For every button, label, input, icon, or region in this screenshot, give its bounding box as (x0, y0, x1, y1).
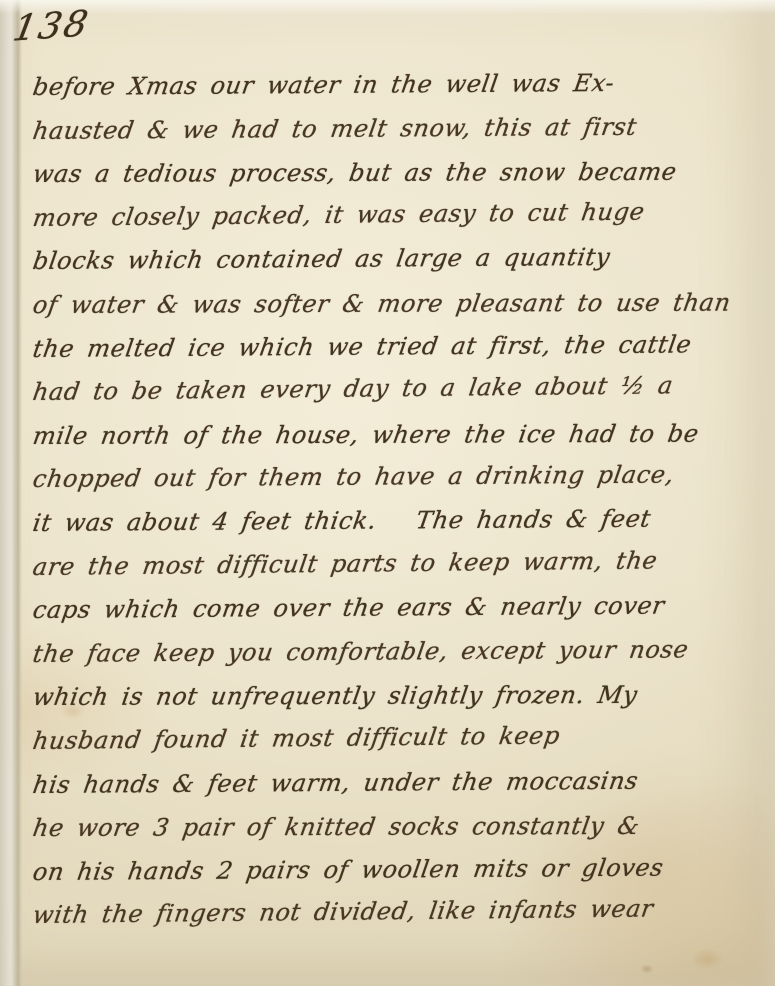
manuscript-line: chopped out for them to have a drinking … (30, 453, 773, 502)
manuscript-line: caps which come over the ears & nearly c… (30, 584, 773, 633)
manuscript-line: mile north of the house, where the ice h… (30, 412, 773, 458)
manuscript-line: are the most difficult parts to keep war… (30, 538, 774, 589)
manuscript-photo: 138 before Xmas our water in the well wa… (0, 0, 775, 986)
manuscript-line: husband found it most difficult to keep (30, 712, 774, 763)
manuscript-line: he wore 3 pair of knitted socks constant… (30, 805, 773, 851)
manuscript-line: had to be taken every day to a lake abou… (30, 363, 774, 414)
page-top-edge (0, 0, 775, 14)
manuscript-line: blocks which contained as large a quanti… (30, 235, 773, 284)
manuscript-line: it was about 4 feet thick. The hands & f… (30, 497, 773, 546)
page-binding-edge (0, 0, 22, 986)
manuscript-line: the face keep you comfortable, except yo… (30, 628, 773, 677)
handwritten-text-block: before Xmas our water in the well was Ex… (33, 66, 769, 938)
manuscript-line: with the fingers not divided, like infan… (30, 887, 774, 938)
manuscript-line: before Xmas our water in the well was Ex… (30, 61, 773, 110)
page-number: 138 (10, 3, 93, 49)
manuscript-line: his hands & feet warm, under the moccasi… (30, 758, 773, 807)
manuscript-line: hausted & we had to melt snow, this at f… (30, 104, 773, 153)
manuscript-line: more closely packed, it was easy to cut … (30, 189, 774, 240)
manuscript-line: of water & was softer & more pleasant to… (30, 281, 773, 327)
